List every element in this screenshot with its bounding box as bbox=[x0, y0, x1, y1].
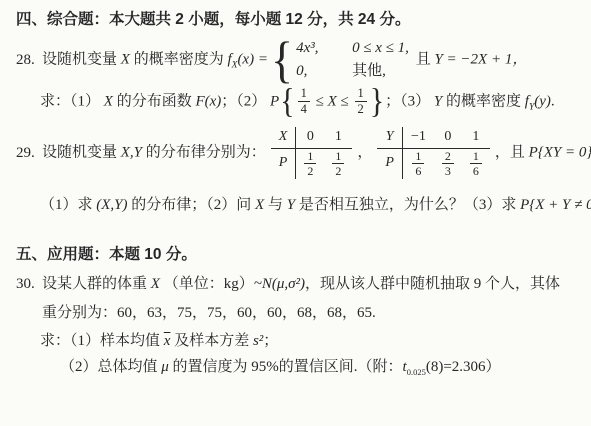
fraction: 23 bbox=[442, 150, 454, 178]
math-prob-expr: P{X + Y ≠ 0} bbox=[520, 197, 591, 213]
section5-header: 五、应用题：本题 10 分。 bbox=[0, 245, 591, 266]
question-30: 30. 设某人群的体重 X （单位：kg）~N(μ,σ²)，现从该人群中随机抽取… bbox=[0, 274, 591, 294]
t-value: (8)=2.306 bbox=[426, 359, 486, 375]
math-var-x: X bbox=[151, 276, 160, 292]
table-prob: 16 bbox=[462, 148, 490, 179]
text-run: （1）求 bbox=[40, 197, 96, 213]
text-run: 的概率密度为 bbox=[130, 51, 228, 67]
text-run: （2）总体均值 bbox=[60, 359, 161, 375]
weights-list: 重分别为：60，63，75，75，60，60，68，68，65. bbox=[42, 305, 376, 321]
piecewise-value: 0, bbox=[296, 61, 352, 81]
comma: ， bbox=[357, 144, 372, 160]
table-var-label: Y bbox=[377, 127, 402, 148]
table-prob: 23 bbox=[434, 148, 462, 179]
table-value: 1 bbox=[324, 127, 352, 148]
text-run: 设随机变量 bbox=[42, 51, 121, 67]
text-run: 及样本方差 bbox=[170, 333, 253, 349]
math-var-y: Y bbox=[287, 197, 295, 213]
math-var-y: Y bbox=[434, 93, 442, 109]
text-run: 的分布函数 bbox=[113, 93, 196, 109]
normal-distribution: ~N(μ,σ²) bbox=[254, 276, 305, 292]
table-var-label: X bbox=[271, 127, 296, 148]
cdf-F: F(x) bbox=[195, 93, 221, 109]
fraction: 12 bbox=[332, 150, 344, 178]
fraction: 12 bbox=[304, 150, 316, 178]
text-run: 设随机变量 bbox=[42, 144, 121, 160]
piecewise-row: 0,其他, bbox=[296, 61, 409, 81]
text-run: 求：（1） bbox=[40, 93, 100, 109]
piecewise-condition: 0 ≤ x ≤ 1, bbox=[352, 38, 409, 58]
math-vars-xy: X,Y bbox=[121, 144, 142, 160]
fraction: 16 bbox=[412, 150, 424, 178]
piecewise-value: 4x³, bbox=[296, 38, 352, 58]
left-brace-icon: { bbox=[271, 36, 293, 84]
question-28-ask: 求：（1） X 的分布函数 F(x)；（2） P{14 ≤ X ≤ 12}；（3… bbox=[0, 87, 591, 117]
table-p-label: P bbox=[271, 148, 296, 179]
text-run: 求：（1）样本均值 bbox=[40, 333, 164, 349]
math-y-equation: Y = −2X + 1， bbox=[434, 51, 527, 67]
text-run: 的置信度为 95%的置信区间.（附： bbox=[169, 359, 403, 375]
table-value: 1 bbox=[462, 127, 490, 148]
piecewise-condition: 其他, bbox=[352, 61, 386, 81]
table-prob: 16 bbox=[402, 148, 433, 179]
text-run: ；（2） bbox=[221, 93, 266, 109]
table-value: −1 bbox=[402, 127, 433, 148]
math-mu: μ bbox=[161, 359, 169, 375]
sample-variance-s2: s² bbox=[253, 333, 263, 349]
question-29-subquestions: （1）求 (X,Y) 的分布律；（2）问 X 与 Y 是否相互独立，为什么？（3… bbox=[0, 195, 591, 215]
text-run: ；（3） bbox=[385, 93, 430, 109]
math-condition: P{XY = 0} = 1 bbox=[529, 144, 591, 160]
text-run: 的概率密度 bbox=[442, 93, 525, 109]
text-run: 且 bbox=[412, 51, 435, 67]
table-row: X01 bbox=[271, 127, 353, 148]
math-var-x: X bbox=[121, 51, 130, 67]
text-run: （单位：kg） bbox=[160, 276, 254, 292]
inequality: ≤ X ≤ bbox=[312, 93, 353, 109]
prob-P: P bbox=[270, 93, 279, 109]
question-28-number: 28. bbox=[16, 50, 35, 70]
table-row: P1212 bbox=[271, 148, 353, 179]
math-pair-xy: (X,Y) bbox=[96, 197, 127, 213]
left-brace-icon: { bbox=[280, 84, 294, 119]
table-prob: 12 bbox=[324, 148, 352, 179]
text-run: 与 bbox=[264, 197, 287, 213]
fraction: 16 bbox=[470, 150, 482, 178]
question-30-number: 30. bbox=[16, 274, 35, 294]
question-29: 29. 设随机变量 X,Y 的分布律分别为：X01P1212，Y−101P162… bbox=[0, 127, 591, 179]
piecewise-row: 4x³,0 ≤ x ≤ 1, bbox=[296, 38, 409, 58]
text-run: ，且 bbox=[495, 144, 529, 160]
math-var-x: X bbox=[104, 93, 113, 109]
question-28: 28. 设随机变量 X 的概率密度为 fX(x) ={4x³,0 ≤ x ≤ 1… bbox=[0, 38, 591, 82]
piecewise-function: {4x³,0 ≤ x ≤ 1,0,其他, bbox=[271, 38, 409, 82]
table-row: P162316 bbox=[377, 148, 489, 179]
fraction-1-2: 12 bbox=[355, 87, 367, 116]
table-row: Y−101 bbox=[377, 127, 489, 148]
table-p-label: P bbox=[377, 148, 402, 179]
period: . bbox=[551, 93, 555, 109]
fraction-1-4: 14 bbox=[298, 87, 310, 116]
exam-page: 四、综合题：本大题共 2 小题，每小题 12 分，共 24 分。 28. 设随机… bbox=[0, 0, 591, 426]
right-brace-icon: } bbox=[370, 84, 384, 119]
text-run: 设某人群的体重 bbox=[42, 276, 151, 292]
close-paren: ） bbox=[486, 359, 501, 375]
question-29-number: 29. bbox=[16, 143, 35, 163]
table-value: 0 bbox=[434, 127, 462, 148]
question-30-data: 重分别为：60，63，75，75，60，60，68，68，65. bbox=[0, 303, 591, 323]
section4-header: 四、综合题：本大题共 2 小题，每小题 12 分，共 24 分。 bbox=[0, 10, 591, 31]
distribution-table-y: Y−101P162316 bbox=[377, 127, 489, 179]
text-run: 是否相互独立，为什么？（3）求 bbox=[295, 197, 520, 213]
text-run: ，现从该人群中随机抽取 9 个人，其体 bbox=[305, 276, 560, 292]
question-30-ask1: 求：（1）样本均值 x 及样本方差 s²； bbox=[0, 331, 591, 351]
table-value: 0 bbox=[296, 127, 325, 148]
text-run: 的分布律；（2）问 bbox=[128, 197, 256, 213]
distribution-table-x: X01P1212 bbox=[271, 127, 353, 179]
question-30-ask2: （2）总体均值 μ 的置信度为 95%的置信区间.（附：t0.025(8)=2.… bbox=[0, 357, 591, 378]
semicolon: ； bbox=[263, 333, 278, 349]
f-args: (x) = bbox=[237, 51, 268, 67]
text-run: 的分布律分别为： bbox=[142, 144, 266, 160]
piecewise-rows: 4x³,0 ≤ x ≤ 1,0,其他, bbox=[296, 38, 409, 82]
math-var-x: X bbox=[255, 197, 264, 213]
t-subscript: 0.025 bbox=[407, 367, 426, 377]
fy-args: (y) bbox=[534, 93, 551, 109]
table-prob: 12 bbox=[296, 148, 325, 179]
